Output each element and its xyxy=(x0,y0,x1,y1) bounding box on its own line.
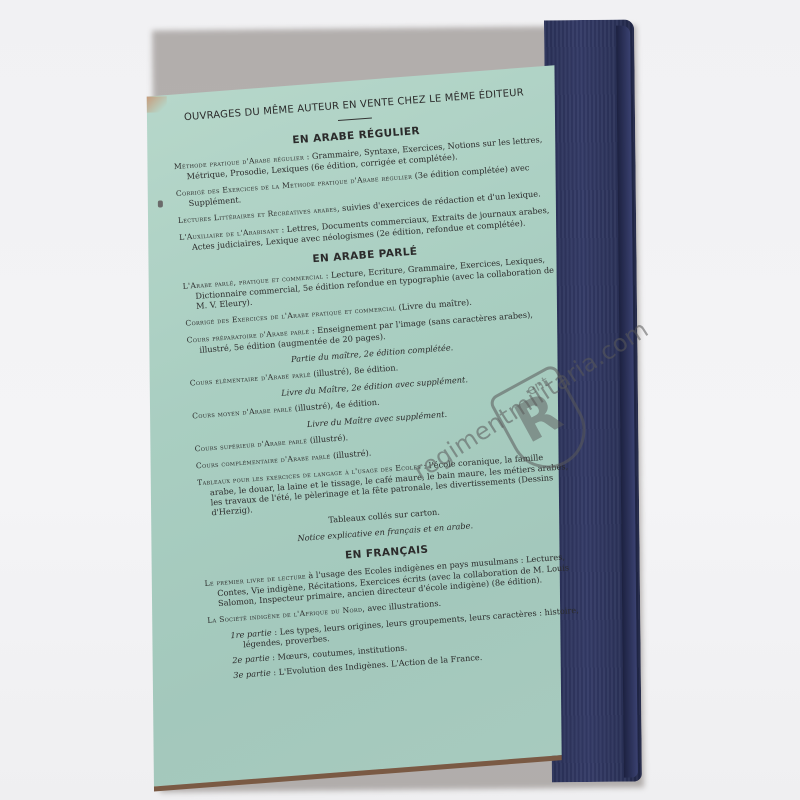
entry-title: Cours supérieur d'Arabe parlé xyxy=(194,436,307,453)
book: OUVRAGES DU MÊME AUTEUR EN VENTE CHEZ LE… xyxy=(146,19,644,792)
part-label: 3e partie xyxy=(233,667,271,680)
entry-title: Cours complémentaire d'Arabe parlé xyxy=(196,451,331,470)
part-label: 2e partie xyxy=(232,652,270,665)
entry-title: Cours moyen d'Arabe parlé xyxy=(192,404,293,420)
entry-text: (illustré), 8e édition. xyxy=(310,362,398,378)
entry-text: (illustré). xyxy=(330,447,372,460)
entry-text: (illustré). xyxy=(307,432,349,445)
entry-text: (Livre du maître). xyxy=(396,297,473,313)
entry-text: (illustré), 4e édition. xyxy=(292,397,380,413)
heading-rule xyxy=(338,118,372,121)
entry-text: , avec illustrations. xyxy=(362,598,442,614)
entry-title: Cours élémentaire d'Arabe parlé xyxy=(190,370,312,388)
